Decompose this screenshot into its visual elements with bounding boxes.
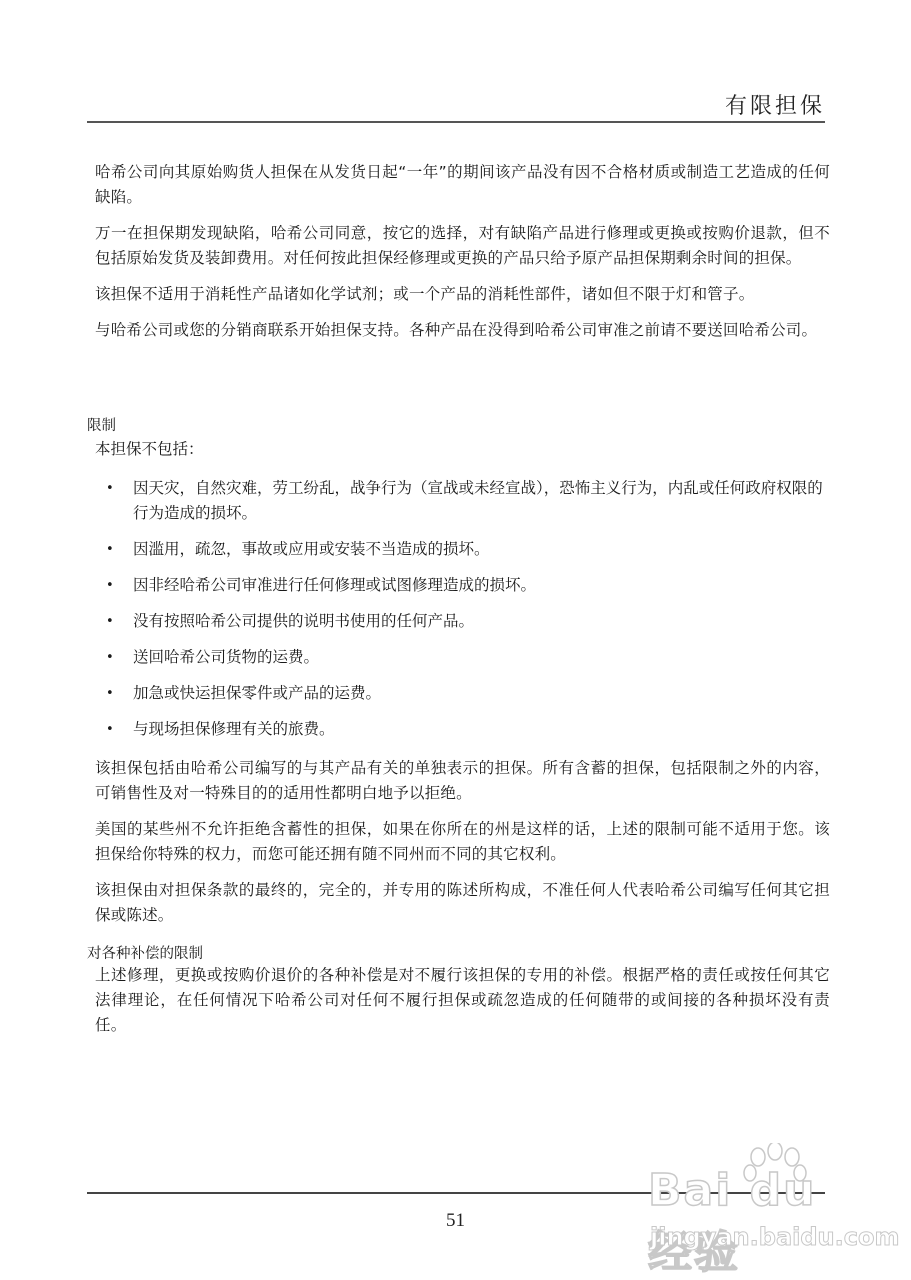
bullet-icon: • <box>106 717 114 742</box>
list-item-text: 因滥用，疏忽，事故或应用或安装不当造成的损坏。 <box>133 540 490 558</box>
footer-rule <box>87 1192 825 1194</box>
list-item: •因滥用，疏忽，事故或应用或安装不当造成的损坏。 <box>95 537 830 562</box>
page-number: 51 <box>0 1210 911 1232</box>
document-body: 哈希公司向其原始购货人担保在从发货日起“一年”的期间该产品没有因不合格材质或制造… <box>95 160 830 354</box>
list-item-text: 送回哈希公司货物的运费。 <box>133 648 319 666</box>
bullet-icon: • <box>106 609 114 634</box>
section-heading-limitations: 限制 <box>87 414 116 435</box>
list-item: •与现场担保修理有关的旅费。 <box>95 717 830 742</box>
limitations-list: •因天灾，自然灾难，劳工纷乱，战争行为（宣战或未经宣战），恐怖主义行为，内乱或任… <box>95 476 830 742</box>
section-heading-remedies: 对各种补偿的限制 <box>87 942 203 963</box>
bullet-icon: • <box>106 476 114 501</box>
list-item-text: 因非经哈希公司审准进行任何修理或试图修理造成的损坏。 <box>133 576 536 594</box>
limitations-intro: 本担保不包括： <box>95 437 830 462</box>
list-item: •因天灾，自然灾难，劳工纷乱，战争行为（宣战或未经宣战），恐怖主义行为，内乱或任… <box>95 476 830 526</box>
list-item: •送回哈希公司货物的运费。 <box>95 645 830 670</box>
list-item: •加急或快运担保零件或产品的运费。 <box>95 681 830 706</box>
bullet-icon: • <box>106 573 114 598</box>
paragraph-consumables: 该担保不适用于消耗性产品诸如化学试剂；或一个产品的消耗性部件，诸如但不限于灯和管… <box>95 282 830 307</box>
paw-logo-icon <box>740 1143 810 1193</box>
remedies-section: 上述修理，更换或按购价退价的各种补偿是对不履行该担保的专用的补偿。根据严格的责任… <box>95 963 830 1049</box>
list-item-text: 与现场担保修理有关的旅费。 <box>133 720 335 738</box>
baidu-watermark: Bai du 经验 jingyan.baidu.com <box>648 1143 868 1253</box>
bullet-icon: • <box>106 645 114 670</box>
paragraph-contact: 与哈希公司或您的分销商联系开始担保支持。各种产品在没得到哈希公司审准之前请不要送… <box>95 318 830 343</box>
paragraph-express-warranty: 该担保包括由哈希公司编写的与其产品有关的单独表示的担保。所有含蓄的担保，包括限制… <box>95 756 830 806</box>
paragraph-warranty-period: 哈希公司向其原始购货人担保在从发货日起“一年”的期间该产品没有因不合格材质或制造… <box>95 160 830 210</box>
paragraph-remedies: 上述修理，更换或按购价退价的各种补偿是对不履行该担保的专用的补偿。根据严格的责任… <box>95 963 830 1038</box>
page-header-title: 有限担保 <box>725 89 825 120</box>
paragraph-final-statement: 该担保由对担保条款的最终的，完全的，并专用的陈述所构成，不准任何人代表哈希公司编… <box>95 878 830 928</box>
bullet-icon: • <box>106 537 114 562</box>
list-item: •没有按照哈希公司提供的说明书使用的任何产品。 <box>95 609 830 634</box>
header-rule <box>87 121 825 123</box>
list-item-text: 因天灾，自然灾难，劳工纷乱，战争行为（宣战或未经宣战），恐怖主义行为，内乱或任何… <box>133 479 823 522</box>
list-item-text: 加急或快运担保零件或产品的运费。 <box>133 684 381 702</box>
list-item-text: 没有按照哈希公司提供的说明书使用的任何产品。 <box>133 612 474 630</box>
paragraph-state-rights: 美国的某些州不允许拒绝含蓄性的担保，如果在你所在的州是这样的话，上述的限制可能不… <box>95 817 830 867</box>
list-item: •因非经哈希公司审准进行任何修理或试图修理造成的损坏。 <box>95 573 830 598</box>
limitations-section: 本担保不包括： •因天灾，自然灾难，劳工纷乱，战争行为（宣战或未经宣战），恐怖主… <box>95 437 830 753</box>
paragraph-defect-remedy: 万一在担保期发现缺陷，哈希公司同意，按它的选择，对有缺陷产品进行修理或更换或按购… <box>95 221 830 271</box>
bullet-icon: • <box>106 681 114 706</box>
disclaimer-section: 该担保包括由哈希公司编写的与其产品有关的单独表示的担保。所有含蓄的担保，包括限制… <box>95 756 830 939</box>
